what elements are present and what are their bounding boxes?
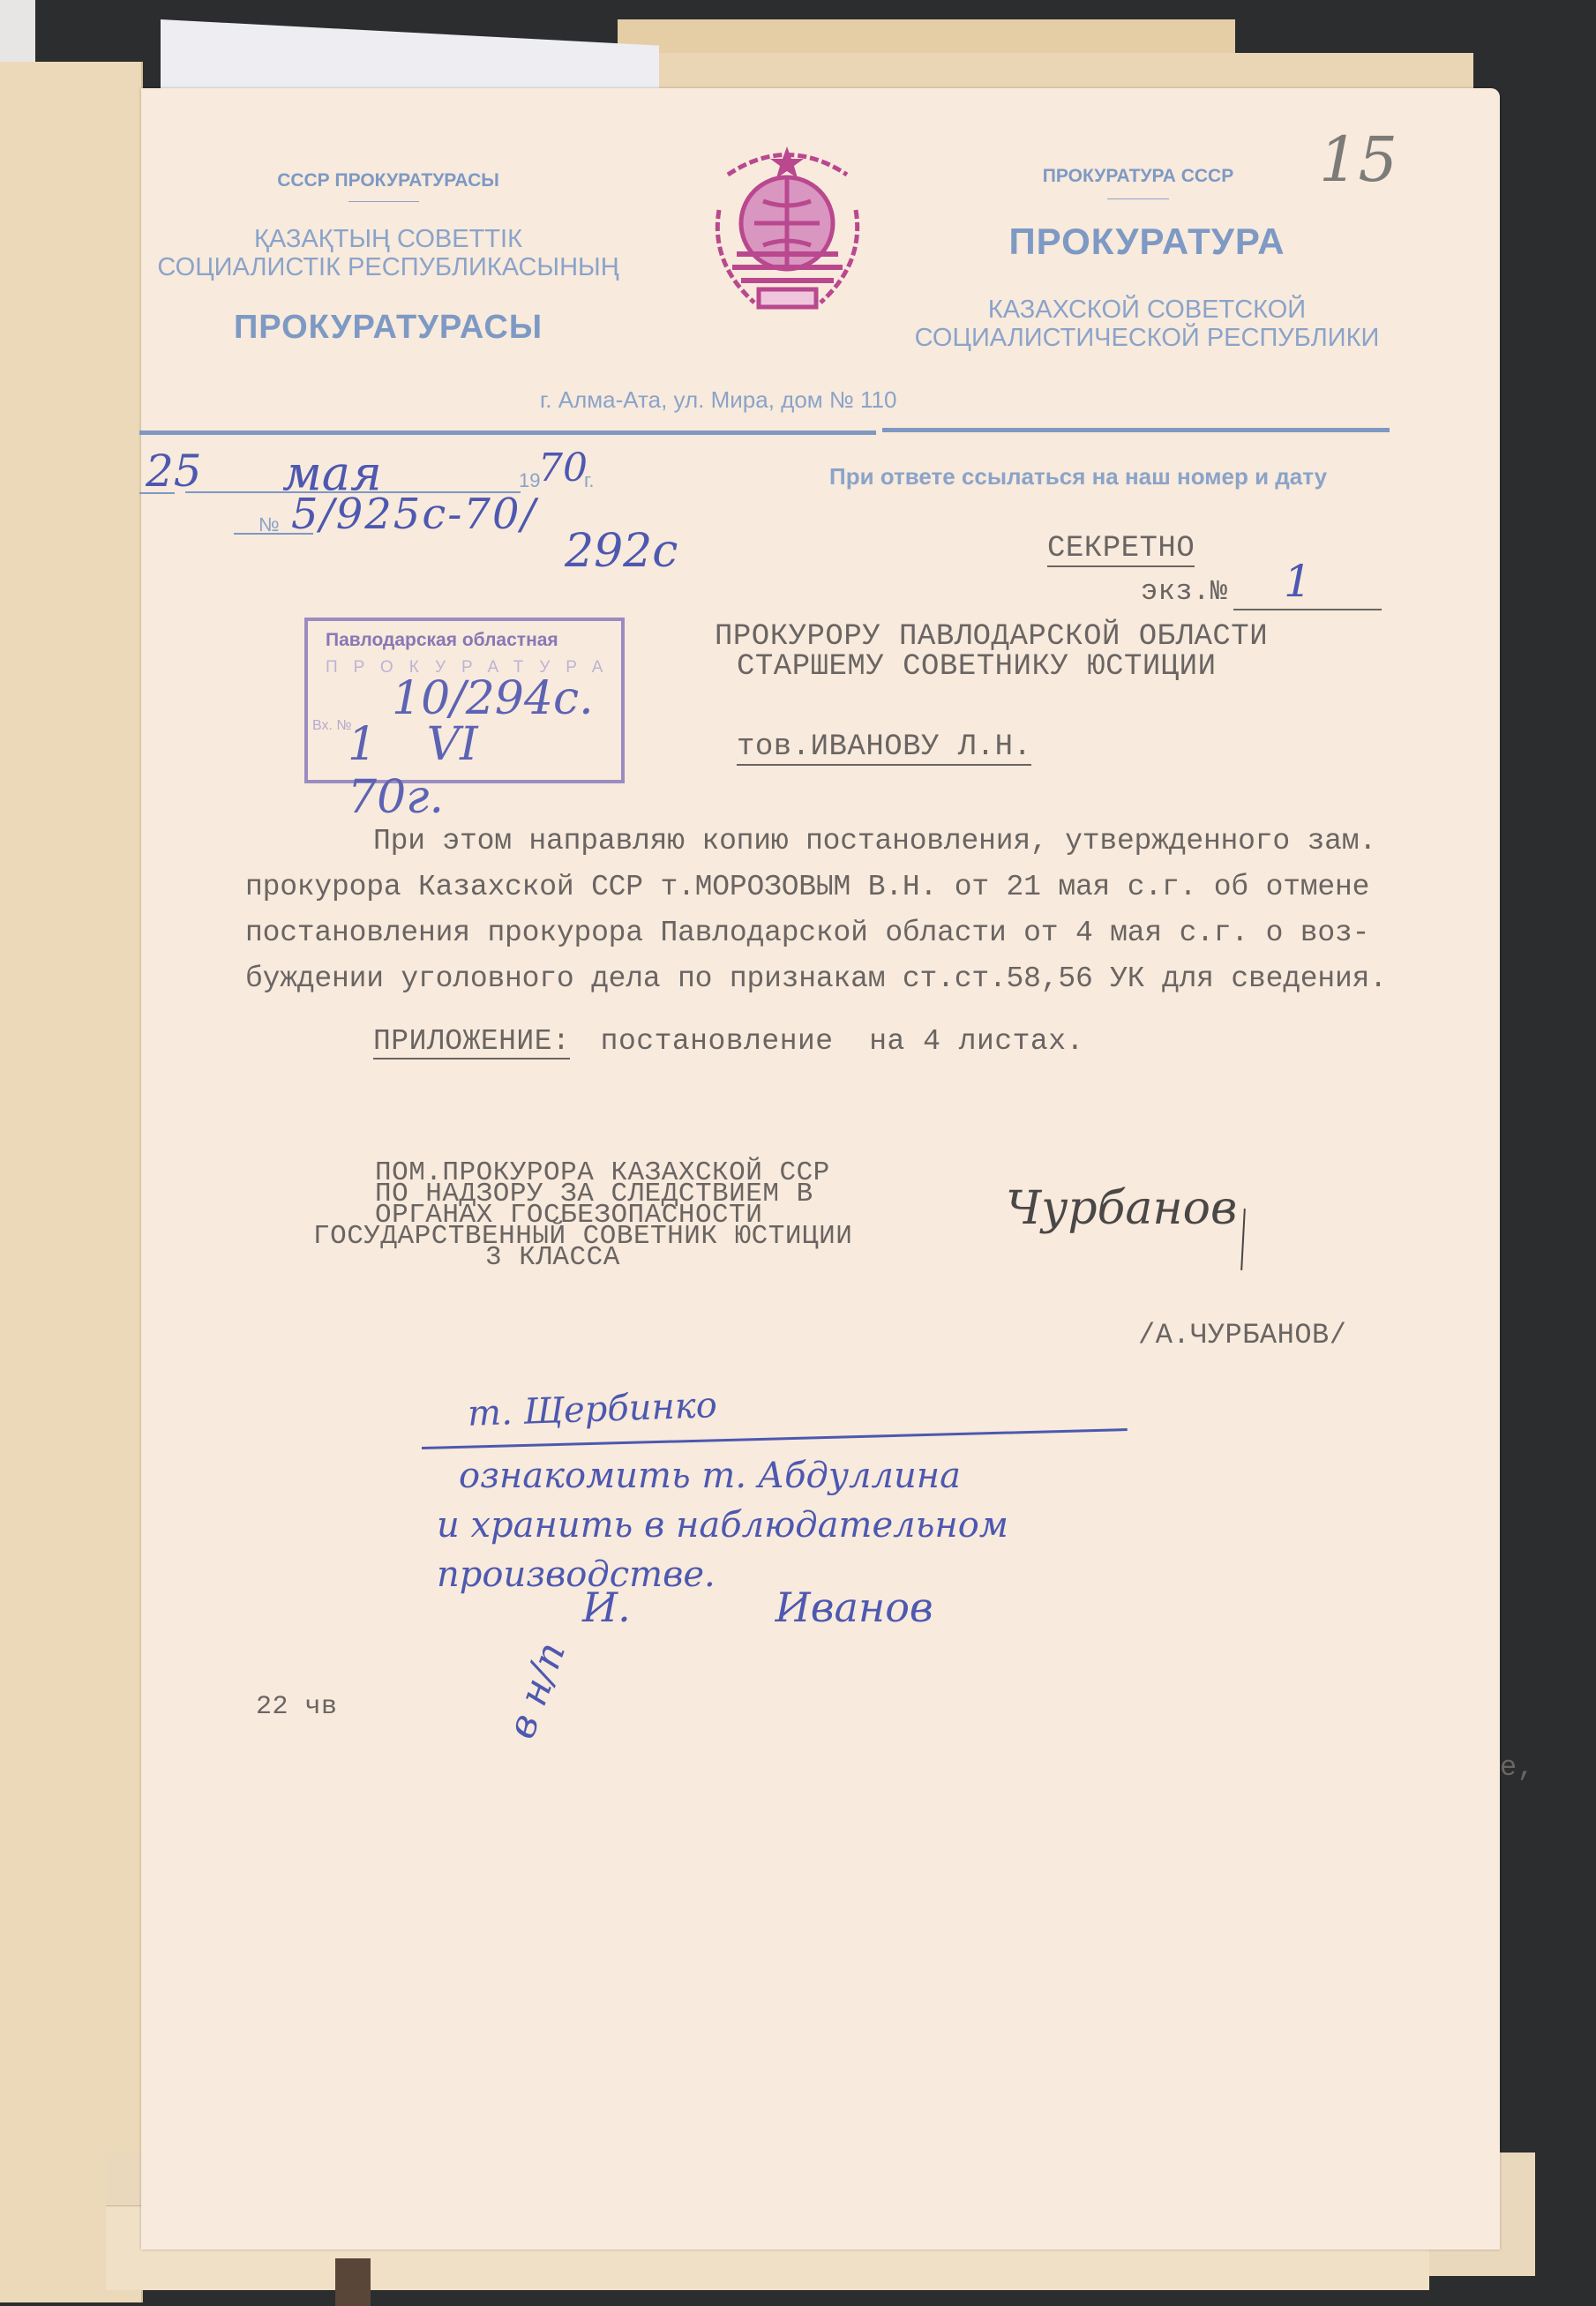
attachment-text: постановление на 4 листах. xyxy=(601,1025,1084,1058)
letterhead-rule-left xyxy=(139,431,876,435)
stamp-incoming-number: 10/294с. xyxy=(392,672,594,725)
body-line: буждении уголовного дела по признакам ст… xyxy=(245,956,1463,1002)
signatory-name: /А.ЧУРБАНОВ/ xyxy=(1138,1319,1346,1351)
letterhead-divider xyxy=(348,201,419,202)
republic-line-1: ҚАЗАҚТЫҢ СОВЕТТІК xyxy=(132,225,644,253)
resolution-text: ознакомить т. Абдуллина и хранить в набл… xyxy=(437,1451,1008,1599)
document-number-extra: 292с xyxy=(565,525,678,578)
attachment-label: ПРИЛОЖЕНИЕ: xyxy=(373,1025,570,1059)
body-line: постановления прокурора Павлодарской обл… xyxy=(245,910,1463,956)
stamp-vkh-label: Вх. № xyxy=(312,718,352,734)
letterhead-divider xyxy=(1107,198,1169,199)
recipient-line-1: ПРОКУРОРУ ПАВЛОДАРСКОЙ ОБЛАСТИ xyxy=(715,622,1268,652)
letterhead-ussr-kazakh: СССР ПРОКУРАТУРАСЫ xyxy=(247,170,529,191)
classification-label: СЕКРЕТНО xyxy=(1047,532,1195,567)
resolution-addressee: т. Щербинко xyxy=(467,1385,717,1434)
date-year: 70 xyxy=(538,445,588,490)
ussr-coat-of-arms-icon xyxy=(693,139,882,320)
underlying-page-text: е, xyxy=(1500,1751,1534,1784)
page-number-handwritten: 15 xyxy=(1319,124,1397,196)
document-number: 5/925с-70/ xyxy=(247,490,537,539)
number-underline xyxy=(234,533,313,535)
republic-line-2: СОЦИАЛИСТИЧЕСКОЙ РЕСПУБЛИКИ xyxy=(882,324,1412,352)
recipient-line-2: СТАРШЕМУ СОВЕТНИКУ ЮСТИЦИИ xyxy=(715,652,1268,682)
resolution-line: ознакомить т. Абдуллина xyxy=(437,1451,1008,1501)
background-paper xyxy=(0,0,35,71)
copy-number-label: экз.№ xyxy=(1141,575,1228,608)
signatory-title: ПОМ.ПРОКУРОРА КАЗАХСКОЙ ССР ПО НАДЗОРУ З… xyxy=(304,1163,922,1269)
typist-code: 22 чв xyxy=(256,1692,338,1722)
signature-churbanov: Чурбанов xyxy=(1006,1182,1237,1235)
letterhead-republic-kazakh: ҚАЗАҚТЫҢ СОВЕТТІК СОЦИАЛИСТІК РЕСПУБЛИКА… xyxy=(132,225,644,281)
letterhead-address: г. Алма-Ата, ул. Мира, дом № 110 xyxy=(540,386,896,414)
copy-number-value: 1 xyxy=(1284,556,1312,607)
republic-line-1: КАЗАХСКОЙ СОВЕТСКОЙ xyxy=(882,296,1412,324)
attachment-line: ПРИЛОЖЕНИЕ: постановление на 4 листах. xyxy=(373,1025,1084,1058)
body-line: При этом направляю копию постановления, … xyxy=(245,819,1463,865)
republic-line-2: СОЦИАЛИСТІК РЕСПУБЛИКАСЫНЫҢ xyxy=(132,253,644,281)
letterhead-rule-right xyxy=(882,428,1390,432)
date-day-underline xyxy=(139,492,175,494)
left-facing-page xyxy=(0,62,143,2302)
binder-strip xyxy=(335,2258,371,2306)
body-line: прокурора Казахской ССР т.МОРОЗОВЫМ В.Н.… xyxy=(245,865,1463,910)
recipient-block: ПРОКУРОРУ ПАВЛОДАРСКОЙ ОБЛАСТИ СТАРШЕМУ … xyxy=(715,622,1268,682)
resolution-line: и хранить в наблюдательном xyxy=(437,1501,1008,1550)
date-day: 25 xyxy=(146,445,202,497)
resolution-signature: И. Иванов xyxy=(582,1584,933,1631)
stamp-date: 1 VI 70г. xyxy=(348,718,621,824)
reply-reference-note: При ответе ссылаться на наш номер и дату xyxy=(829,463,1327,490)
copy-number-underline xyxy=(1233,609,1382,610)
letterhead-title-kazakh: ПРОКУРАТУРАСЫ xyxy=(212,309,565,347)
recipient-name: тов.ИВАНОВУ Л.Н. xyxy=(737,730,1031,766)
letterhead-republic-russian: КАЗАХСКОЙ СОВЕТСКОЙ СОЦИАЛИСТИЧЕСКОЙ РЕС… xyxy=(882,296,1412,352)
document-number-value: 5/925с-70/ xyxy=(291,490,537,539)
received-stamp: Павлодарская областная ПРОКУРАТУРА 10/29… xyxy=(304,618,625,783)
date-year-suffix: г. xyxy=(584,469,594,492)
body-paragraph: При этом направляю копию постановления, … xyxy=(245,819,1463,1002)
letterhead-ussr-russian: ПРОКУРАТУРА СССР xyxy=(997,166,1279,187)
stamp-org-line: Павлодарская областная xyxy=(326,630,558,651)
letterhead-title-russian: ПРОКУРАТУРА xyxy=(970,221,1323,263)
